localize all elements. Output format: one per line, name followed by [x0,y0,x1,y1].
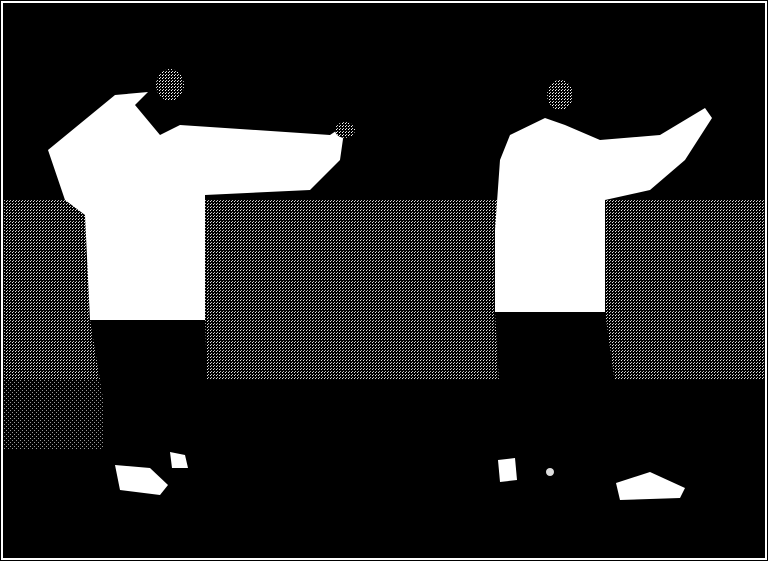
floor-left [4,380,104,450]
photo-canvas [0,0,768,561]
photograph [0,0,768,561]
